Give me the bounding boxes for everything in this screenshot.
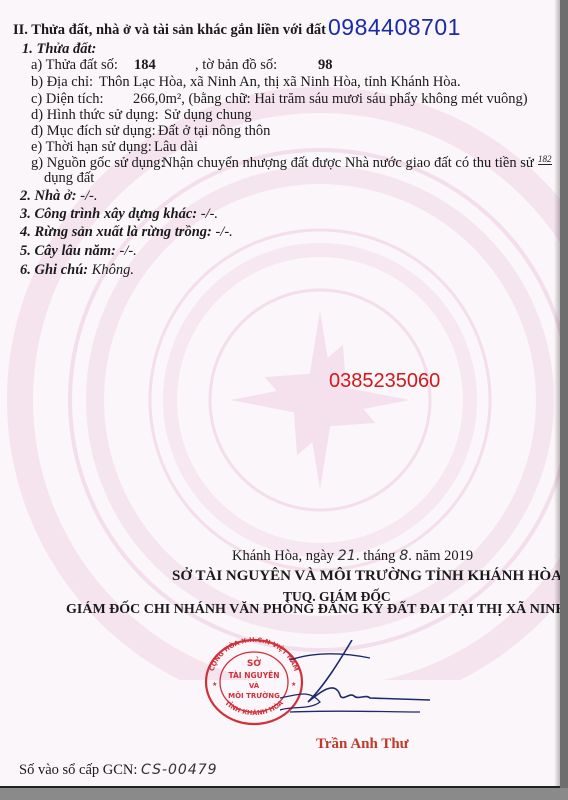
- address-value: Thôn Lạc Hòa, xã Ninh An, thị xã Ninh Hò…: [99, 74, 461, 91]
- item-label: 2. Nhà ở:: [20, 188, 77, 204]
- svg-text:VÀ: VÀ: [249, 681, 260, 690]
- item-planted-forest: 4. Rừng sản xuất là rừng trồng: -/-.: [20, 224, 233, 241]
- date-month-prefix: tháng: [363, 548, 395, 564]
- address-label: b) Địa chỉ:: [31, 74, 93, 91]
- svg-text:TÀI NGUYÊN: TÀI NGUYÊN: [228, 671, 279, 680]
- handwritten-signature: [280, 640, 450, 730]
- item-label: 4. Rừng sản xuất là rừng trồng:: [20, 224, 212, 240]
- item-value: -/-.: [215, 224, 232, 240]
- signer-name: Trần Anh Thư: [316, 736, 409, 753]
- item-label: 3. Công trình xây dựng khác:: [20, 206, 197, 222]
- usage-form-label: d) Hình thức sử dụng:: [31, 107, 159, 124]
- signer-position: GIÁM ĐỐC CHI NHÁNH VĂN PHÒNG ĐĂNG KÝ ĐẤT…: [66, 602, 560, 618]
- agency-name: SỞ TÀI NGUYÊN VÀ MÔI TRƯỜNG TỈNH KHÁNH H…: [172, 568, 560, 585]
- date-month: 8: [399, 548, 408, 564]
- usage-form-value: Sử dụng chung: [164, 107, 252, 124]
- item-other-construction: 3. Công trình xây dựng khác: -/-.: [20, 206, 218, 223]
- item-house: 2. Nhà ở: -/-.: [20, 188, 97, 205]
- term-label: e) Thời hạn sử dụng:: [31, 139, 152, 156]
- overlay-phone-middle: 0385235060: [329, 370, 440, 393]
- svg-text:SỞ: SỞ: [247, 656, 261, 669]
- parcel-value: 184: [134, 57, 156, 74]
- svg-text:TỈNH KHÁNH HÒA: TỈNH KHÁNH HÒA: [223, 699, 285, 717]
- parcel-label: a) Thửa đất số:: [31, 57, 118, 74]
- origin-value-line1: Nhận chuyển nhượng đất được Nhà nước gia…: [162, 155, 534, 172]
- item-value: -/-.: [201, 206, 218, 222]
- page-mark: 182: [538, 154, 552, 165]
- svg-text:★: ★: [212, 681, 217, 688]
- map-label: , tờ bản đồ số:: [195, 57, 277, 74]
- section-title: II. Thửa đất, nhà ở và tài sản khác gắn …: [13, 22, 326, 39]
- item-value: -/-.: [80, 188, 97, 204]
- purpose-label: đ) Mục đích sử dụng:: [31, 123, 156, 140]
- item-value: Không.: [92, 262, 134, 278]
- register-value: CS-00479: [141, 762, 218, 778]
- item-label: 6. Ghi chú:: [20, 262, 88, 278]
- area-value: 266,0m², (bằng chữ: Hai trăm sáu mươi sá…: [133, 91, 528, 108]
- overlay-phone-top: 0984408701: [328, 14, 461, 41]
- date-year: năm 2019: [416, 548, 474, 564]
- date-prefix: Khánh Hòa, ngày: [232, 548, 334, 564]
- item-value: -/-.: [120, 243, 137, 259]
- term-value: Lâu dài: [154, 139, 198, 156]
- svg-text:MÔI TRƯỜNG: MÔI TRƯỜNG: [228, 691, 280, 700]
- origin-value-line2: dụng đất: [44, 170, 94, 187]
- item-perennial-trees: 5. Cây lâu năm: -/-.: [20, 243, 137, 260]
- issue-date: Khánh Hòa, ngày 21. tháng 8. năm 2019: [232, 548, 473, 565]
- land-heading: 1. Thửa đất:: [22, 41, 96, 58]
- purpose-value: Đất ở tại nông thôn: [158, 123, 270, 140]
- certificate-page: II. Thửa đất, nhà ở và tài sản khác gắn …: [0, 0, 560, 788]
- map-value: 98: [318, 57, 333, 74]
- date-day: 21: [338, 548, 356, 564]
- item-label: 5. Cây lâu năm:: [20, 243, 116, 259]
- register-label: Số vào sổ cấp GCN:: [19, 762, 137, 778]
- scan-edge-bottom: [0, 788, 568, 800]
- register-number: Số vào sổ cấp GCN: CS-00479: [19, 762, 218, 779]
- scan-edge-right: [560, 0, 568, 800]
- item-notes: 6. Ghi chú: Không.: [20, 262, 134, 279]
- area-label: c) Diện tích:: [31, 91, 103, 108]
